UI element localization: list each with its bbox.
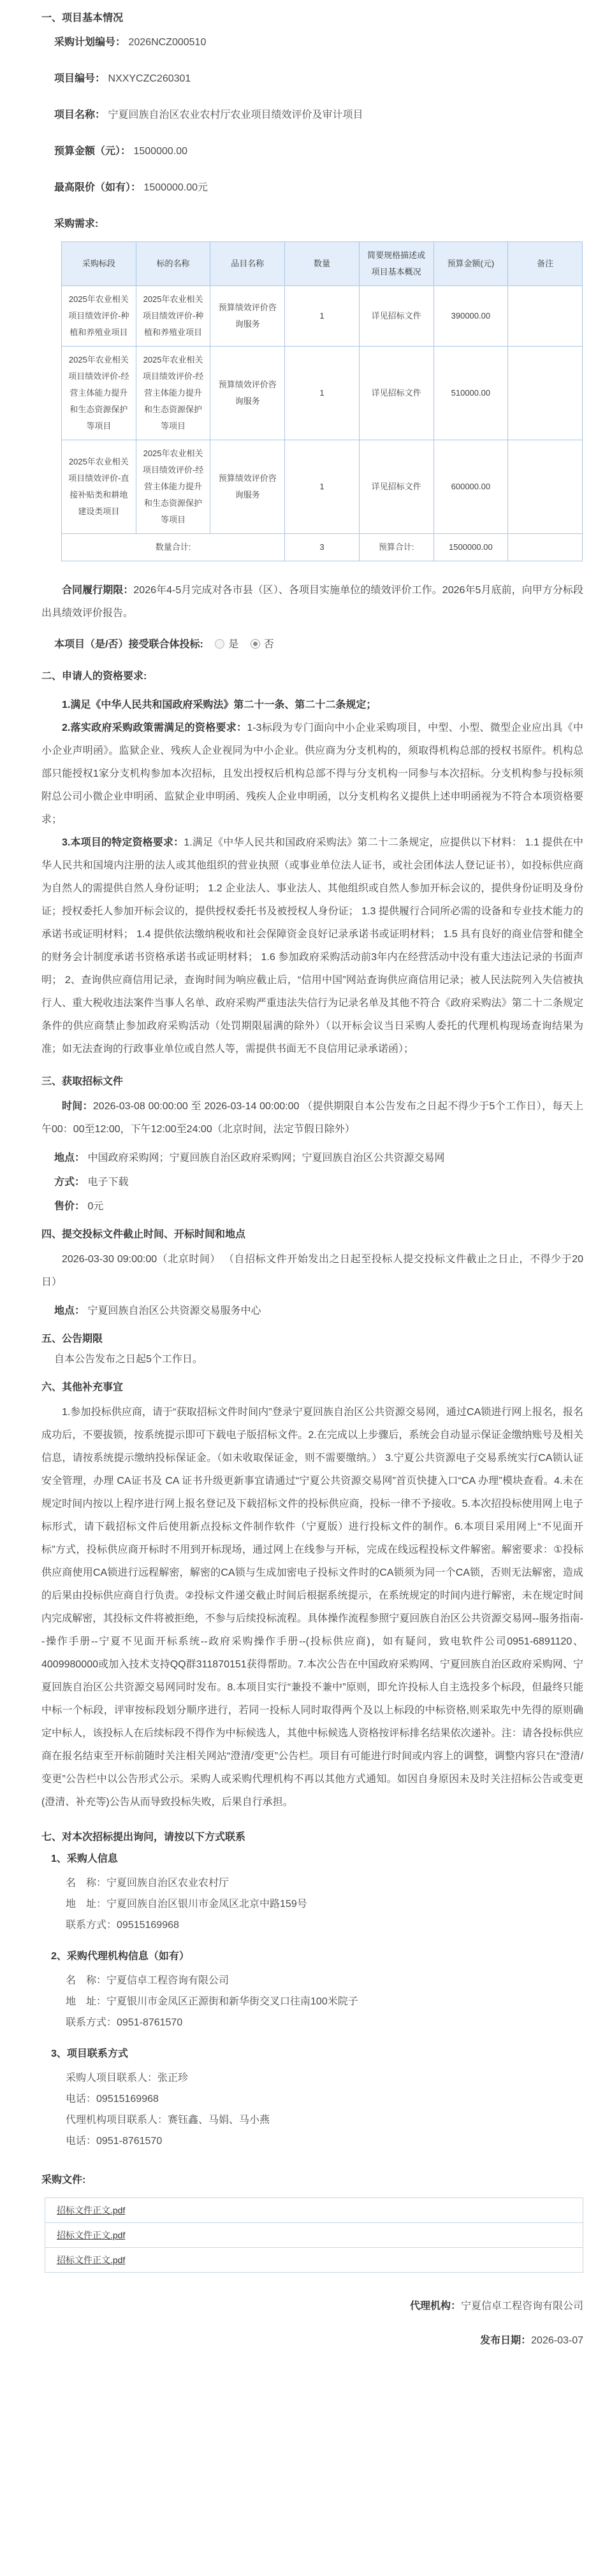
cell-subject: 2025年农业相关项目绩效评价-种植和养殖业项目 xyxy=(136,286,210,347)
section-obtain-title: 三、获取招标文件 xyxy=(41,1075,583,1089)
project-contact-purchaser-phone: 电话：09515169968 xyxy=(66,2089,583,2110)
obtain-price-text: 0元 xyxy=(87,1201,103,1212)
line-value: 宁夏银川市金凤区正源街和新华街交叉口往南100米院子 xyxy=(106,1996,358,2007)
col-header: 预算金额(元) xyxy=(433,242,508,286)
section-other-title: 六、其他补充事宜 xyxy=(41,1381,583,1395)
line-label: 联系方式： xyxy=(66,2017,117,2028)
line-value: 赛钰鑫、马娟、马小燕 xyxy=(168,2115,270,2126)
agency-name: 名 称：宁夏信卓工程咨询有限公司 xyxy=(66,1970,583,1991)
section-deadline-title: 四、提交投标文件截止时间、开标时间和地点 xyxy=(41,1228,583,1242)
footer-agency-label: 代理机构： xyxy=(410,2301,461,2312)
announcement-page: 一、项目基本情况 采购计划编号： 2026NCZ000510 项目编号： NXX… xyxy=(0,0,612,2576)
cell-qty: 1 xyxy=(285,347,360,440)
field-label: 最高限价（如有）： xyxy=(54,182,141,193)
line-label: 名 称： xyxy=(66,1975,106,1986)
line-value: 09515169968 xyxy=(117,1920,179,1931)
cell-section: 2025年农业相关项目绩效评价-直接补贴类和耕地建设类项目 xyxy=(62,440,136,534)
qualification-item3-text: 1.满足《中华人民共和国政府采购法》第二十二条规定，应提供以下材料： 1.1 提… xyxy=(41,837,583,1054)
cell-subject: 2025年农业相关项目绩效评价-经营主体能力提升和生态资源保护等项目 xyxy=(136,347,210,440)
table-row: 2025年农业相关项目绩效评价-种植和养殖业项目 2025年农业相关项目绩效评价… xyxy=(62,286,583,347)
files-label: 采购文件: xyxy=(41,2173,583,2187)
agency-info-title: 2、采购代理机构信息（如有） xyxy=(51,1950,583,1964)
line-label: 代理机构项目联系人： xyxy=(66,2115,168,2126)
qualification-item2-text: 1-3标段为专门面向中小企业采购项目，中型、小型、微型企业应出具《中小企业声明函… xyxy=(41,723,583,825)
deadline-time: 2026-03-30 09:00:00（北京时间） （自招标文件开始发出之日起至… xyxy=(41,1248,583,1294)
cell-section: 2025年农业相关项目绩效评价-种植和养殖业项目 xyxy=(62,286,136,347)
summary-qty-label: 数量合计: xyxy=(62,534,285,561)
summary-qty: 3 xyxy=(285,534,360,561)
bid-document-link[interactable]: 招标文件正文.pdf xyxy=(57,2205,125,2215)
obtain-method-label: 方式： xyxy=(54,1177,85,1188)
purchaser-name: 名 称：宁夏回族自治区农业农村厅 xyxy=(66,1873,583,1894)
cell-note xyxy=(508,286,583,347)
section-basic-title: 一、项目基本情况 xyxy=(41,11,583,25)
purchaser-info-title: 1、采购人信息 xyxy=(51,1852,583,1866)
project-contact-title: 3、项目联系方式 xyxy=(51,2047,583,2061)
obtain-method-text: 电子下载 xyxy=(87,1177,128,1188)
line-label: 电话： xyxy=(66,2136,96,2147)
agency-address: 地 址：宁夏银川市金凤区正源街和新华街交叉口往南100米院子 xyxy=(66,1991,583,2012)
table-row: 2025年农业相关项目绩效评价-经营主体能力提升和生态资源保护等项目 2025年… xyxy=(62,347,583,440)
line-value: 宁夏信卓工程咨询有限公司 xyxy=(106,1975,229,1986)
field-project-name: 项目名称： 宁夏回族自治区农业农村厅农业项目绩效评价及审计项目 xyxy=(54,108,583,122)
bid-document-link[interactable]: 招标文件正文.pdf xyxy=(57,2230,125,2240)
files-list: 招标文件正文.pdf 招标文件正文.pdf 招标文件正文.pdf xyxy=(45,2198,583,2273)
obtain-time: 时间：2026-03-08 00:00:00 至 2026-03-14 00:0… xyxy=(41,1095,583,1141)
obtain-time-label: 时间： xyxy=(62,1101,93,1112)
joint-bid-label: 本项目（是/否）接受联合体投标: xyxy=(54,639,203,650)
field-label: 采购计划编号： xyxy=(54,37,126,48)
cell-budget: 510000.00 xyxy=(433,347,508,440)
footer-date-value: 2026-03-07 xyxy=(531,2335,583,2346)
deadline-time-text: 2026-03-30 09:00:00（北京时间） （自招标文件开始发出之日起至… xyxy=(41,1254,583,1288)
summary-note xyxy=(508,534,583,561)
field-value: 1500000.00元 xyxy=(143,182,208,193)
col-header: 简要规格描述或项目基本概况 xyxy=(359,242,433,286)
section-announcement-title: 五、公告期限 xyxy=(41,1332,583,1346)
field-label: 项目编号： xyxy=(54,73,105,84)
cell-subject: 2025年农业相关项目绩效评价-经营主体能力提升和生态资源保护等项目 xyxy=(136,440,210,534)
col-header: 标的名称 xyxy=(136,242,210,286)
obtain-method: 方式： 电子下载 xyxy=(54,1176,583,1190)
radio-no-label[interactable]: 否 xyxy=(264,639,274,650)
deadline-place: 地点： 宁夏回族自治区公共资源交易服务中心 xyxy=(54,1304,583,1318)
cell-category: 预算绩效评价咨询服务 xyxy=(210,440,285,534)
radio-yes-label[interactable]: 是 xyxy=(228,639,238,650)
line-value: 张正珍 xyxy=(157,2073,188,2083)
line-label: 采购人项目联系人： xyxy=(66,2073,157,2083)
line-value: 0951-8761570 xyxy=(96,2136,162,2147)
cell-section: 2025年农业相关项目绩效评价-经营主体能力提升和生态资源保护等项目 xyxy=(62,347,136,440)
demand-table: 采购标段 标的名称 品目名称 数量 简要规格描述或项目基本概况 预算金额(元) … xyxy=(61,241,583,561)
other-text: 1.参加投标供应商，请于“获取招标文件时间内”登录宁夏回族自治区公共资源交易网，… xyxy=(41,1401,583,1814)
field-value: 1500000.00 xyxy=(133,146,187,157)
cell-budget: 600000.00 xyxy=(433,440,508,534)
footer-date: 发布日期：2026-03-07 xyxy=(41,2334,583,2348)
line-label: 联系方式： xyxy=(66,1920,117,1931)
deadline-place-text: 宁夏回族自治区公共资源交易服务中心 xyxy=(87,1306,261,1316)
line-label: 名 称： xyxy=(66,1878,106,1889)
demand-label: 采购需求: xyxy=(54,217,583,231)
radio-yes[interactable] xyxy=(215,639,224,649)
line-label: 电话： xyxy=(66,2094,96,2105)
footer-agency-value: 宁夏信卓工程咨询有限公司 xyxy=(461,2301,583,2312)
section-qualification-title: 二、申请人的资格要求: xyxy=(41,670,583,684)
obtain-price: 售价： 0元 xyxy=(54,1200,583,1214)
qualification-item1: 1.满足《中华人民共和国政府采购法》第二十一条、第二十二条规定； xyxy=(41,694,583,717)
field-value: 2026NCZ000510 xyxy=(128,37,206,48)
obtain-place: 地点： 中国政府采购网；宁夏回族自治区政府采购网；宁夏回族自治区公共资源交易网 xyxy=(54,1151,583,1165)
line-value: 09515169968 xyxy=(96,2094,159,2105)
qualification-item1-text: 1.满足《中华人民共和国政府采购法》第二十一条、第二十二条规定； xyxy=(62,700,376,710)
col-header: 数量 xyxy=(285,242,360,286)
cell-qty: 1 xyxy=(285,286,360,347)
obtain-place-text: 中国政府采购网；宁夏回族自治区政府采购网；宁夏回族自治区公共资源交易网 xyxy=(87,1153,444,1163)
cell-note xyxy=(508,347,583,440)
cell-spec: 详见招标文件 xyxy=(359,440,433,534)
col-header: 备注 xyxy=(508,242,583,286)
table-header-row: 采购标段 标的名称 品目名称 数量 简要规格描述或项目基本概况 预算金额(元) … xyxy=(62,242,583,286)
joint-bid-row: 本项目（是/否）接受联合体投标: 是 否 xyxy=(54,638,583,652)
field-plan-number: 采购计划编号： 2026NCZ000510 xyxy=(54,36,583,50)
field-max-price: 最高限价（如有）： 1500000.00元 xyxy=(54,181,583,195)
table-summary-row: 数量合计: 3 预算合计: 1500000.00 xyxy=(62,534,583,561)
cell-category: 预算绩效评价咨询服务 xyxy=(210,286,285,347)
field-value: 宁夏回族自治区农业农村厅农业项目绩效评价及审计项目 xyxy=(108,110,363,120)
field-value: NXXYCZC260301 xyxy=(108,73,191,84)
footer: 代理机构：宁夏信卓工程咨询有限公司 发布日期：2026-03-07 xyxy=(41,2299,583,2348)
cell-spec: 详见招标文件 xyxy=(359,286,433,347)
col-header: 采购标段 xyxy=(62,242,136,286)
col-header: 品目名称 xyxy=(210,242,285,286)
agency-phone: 联系方式：0951-8761570 xyxy=(66,2012,583,2033)
cell-spec: 详见招标文件 xyxy=(359,347,433,440)
field-budget: 预算金额（元）： 1500000.00 xyxy=(54,145,583,159)
file-row: 招标文件正文.pdf xyxy=(45,2198,583,2223)
qualification-item2: 2.落实政府采购政策需满足的资格要求：1-3标段为专门面向中小企业采购项目，中型… xyxy=(41,717,583,831)
announcement-text: 自本公告发布之日起5个工作日。 xyxy=(54,1353,583,1367)
summary-budget-label: 预算合计: xyxy=(359,534,433,561)
field-project-number: 项目编号： NXXYCZC260301 xyxy=(54,72,583,86)
project-contact-purchaser: 采购人项目联系人：张正珍 xyxy=(66,2068,583,2089)
purchaser-address: 地 址：宁夏回族自治区银川市金凤区北京中路159号 xyxy=(66,1894,583,1915)
file-row: 招标文件正文.pdf xyxy=(45,2223,583,2248)
line-value: 0951-8761570 xyxy=(117,2017,182,2028)
qualification-item3-label: 3.本项目的特定资格要求： xyxy=(62,837,184,848)
footer-agency: 代理机构：宁夏信卓工程咨询有限公司 xyxy=(41,2299,583,2313)
cell-category: 预算绩效评价咨询服务 xyxy=(210,347,285,440)
obtain-time-text: 2026-03-08 00:00:00 至 2026-03-14 00:00:0… xyxy=(41,1101,583,1135)
line-label: 地 址： xyxy=(66,1996,106,2007)
qualification-item2-label: 2.落实政府采购政策需满足的资格要求： xyxy=(62,723,247,733)
field-label: 预算金额（元）： xyxy=(54,146,131,157)
line-value: 宁夏回族自治区农业农村厅 xyxy=(106,1878,229,1889)
line-value: 宁夏回族自治区银川市金凤区北京中路159号 xyxy=(106,1899,307,1910)
table-row: 2025年农业相关项目绩效评价-直接补贴类和耕地建设类项目 2025年农业相关项… xyxy=(62,440,583,534)
footer-date-label: 发布日期： xyxy=(480,2335,531,2346)
field-label: 项目名称： xyxy=(54,110,105,120)
radio-no[interactable] xyxy=(251,639,260,649)
purchaser-phone: 联系方式：09515169968 xyxy=(66,1915,583,1936)
line-label: 地 址： xyxy=(66,1899,106,1910)
project-contact-agency-phone: 电话：0951-8761570 xyxy=(66,2131,583,2152)
section-contact-title: 七、对本次招标提出询问，请按以下方式联系 xyxy=(41,1831,583,1845)
cell-note xyxy=(508,440,583,534)
deadline-place-label: 地点： xyxy=(54,1306,85,1316)
file-row: 招标文件正文.pdf xyxy=(45,2248,583,2272)
cell-budget: 390000.00 xyxy=(433,286,508,347)
obtain-price-label: 售价： xyxy=(54,1201,85,1212)
obtain-place-label: 地点： xyxy=(54,1153,85,1163)
contract-period: 合同履行期限：2026年4-5月完成对各市县（区）、各项目实施单位的绩效评价工作… xyxy=(41,579,583,625)
contract-period-label: 合同履行期限： xyxy=(62,585,133,596)
qualification-item3: 3.本项目的特定资格要求：1.满足《中华人民共和国政府采购法》第二十二条规定，应… xyxy=(41,831,583,1061)
bid-document-link[interactable]: 招标文件正文.pdf xyxy=(57,2255,125,2265)
cell-qty: 1 xyxy=(285,440,360,534)
summary-budget: 1500000.00 xyxy=(433,534,508,561)
project-contact-agency: 代理机构项目联系人：赛钰鑫、马娟、马小燕 xyxy=(66,2110,583,2131)
